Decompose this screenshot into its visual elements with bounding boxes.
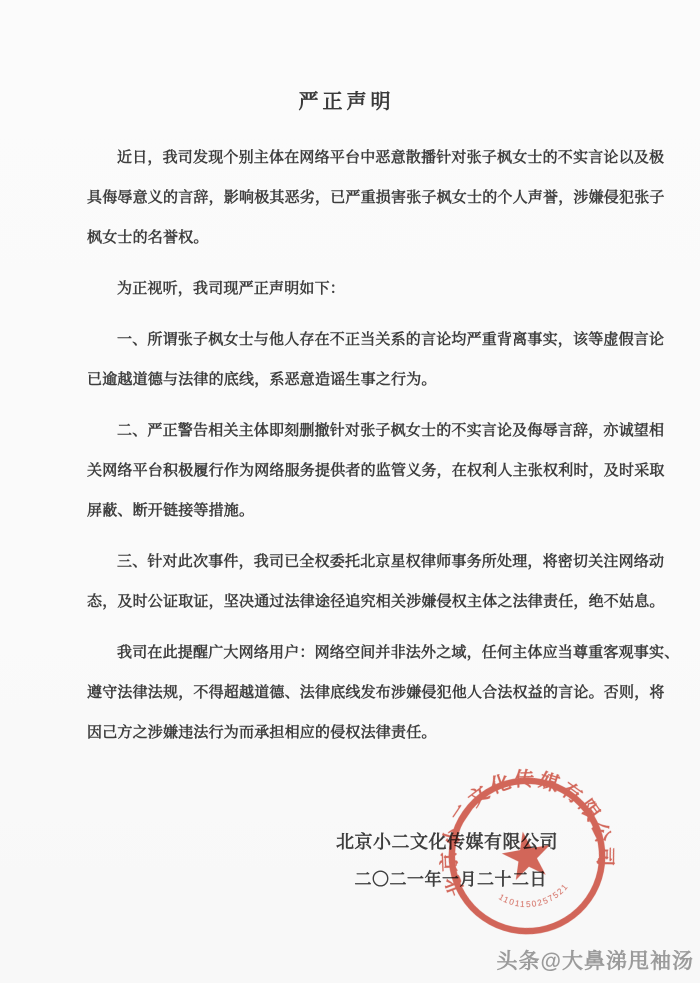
paragraph-line: 一、所谓张子枫女士与他人存在不正当关系的言论均严重背离事实，该等虚假言论 (87, 320, 620, 360)
paragraph: 为正视听，我司现严正声明如下： (87, 269, 620, 309)
document-title: 严正声明 (87, 88, 606, 116)
paragraph: 我司在此提醒广大网络用户：网络空间并非法外之域，任何主体应当尊重客观事实、遵守法… (87, 633, 620, 753)
paragraph-line: 已逾越道德与法律的底线，系恶意造谣生事之行为。 (87, 360, 620, 400)
paragraph-line: 具侮辱意义的言辞，影响极其恶劣，已严重损害张子枫女士的个人声誉，涉嫌侵犯张子 (87, 178, 620, 218)
seal-serial-number: 1101150257521 (496, 880, 573, 915)
paragraph-line: 关网络平台积极履行作为网络服务提供者的监管义务，在权利人主张权利时，及时采取 (87, 451, 620, 491)
paragraph-line: 屏蔽、断开链接等措施。 (87, 491, 620, 531)
paragraph: 一、所谓张子枫女士与他人存在不正当关系的言论均严重背离事实，该等虚假言论已逾越道… (87, 320, 620, 400)
seal-star-icon (499, 827, 555, 881)
paragraph-line: 我司在此提醒广大网络用户：网络空间并非法外之域，任何主体应当尊重客观事实、 (87, 633, 620, 673)
paragraph-line: 态，及时公证取证，坚决通过法律途径追究相关涉嫌侵权主体之法律责任，绝不姑息。 (87, 582, 620, 622)
paragraph-line: 遵守法律法规，不得超越道德、法律底线发布涉嫌侵犯他人合法权益的言论。否则，将 (87, 673, 620, 713)
paragraph-line: 近日，我司发现个别主体在网络平台中恶意散播针对张子枫女士的不实言论以及极 (87, 138, 620, 178)
seal-ring-text: 北京小二文化传媒有限公司 (424, 753, 620, 900)
paragraph: 近日，我司发现个别主体在网络平台中恶意散播针对张子枫女士的不实言论以及极具侮辱意… (87, 138, 620, 258)
company-seal-graphic: 北京小二文化传媒有限公司 1101150257521 (424, 753, 630, 959)
document-body: 近日，我司发现个别主体在网络平台中恶意散播针对张子枫女士的不实言论以及极具侮辱意… (87, 138, 620, 753)
statement-document: 严正声明 近日，我司发现个别主体在网络平台中恶意散播针对张子枫女士的不实言论以及… (0, 0, 700, 983)
paragraph-line: 为正视听，我司现严正声明如下： (87, 269, 620, 309)
paragraph: 三、针对此次事件，我司已全权委托北京星权律师事务所处理，将密切关注网络动态，及时… (87, 542, 620, 622)
svg-text:北京小二文化传媒有限公司: 北京小二文化传媒有限公司 (424, 753, 620, 900)
watermark: 头条@大鼻涕甩袖汤 (497, 945, 694, 975)
paragraph-line: 二、严正警告相关主体即刻删撤针对张子枫女士的不实言论及侮辱言辞，亦诚望相 (87, 411, 620, 451)
company-seal: 北京小二文化传媒有限公司 1101150257521 (424, 753, 630, 959)
svg-text:1101150257521: 1101150257521 (496, 880, 573, 915)
paragraph-line: 三、针对此次事件，我司已全权委托北京星权律师事务所处理，将密切关注网络动 (87, 542, 620, 582)
paragraph-line: 因己方之涉嫌违法行为而承担相应的侵权法律责任。 (87, 713, 620, 753)
paragraph-line: 枫女士的名誉权。 (87, 218, 620, 258)
paragraph: 二、严正警告相关主体即刻删撤针对张子枫女士的不实言论及侮辱言辞，亦诚望相关网络平… (87, 411, 620, 531)
